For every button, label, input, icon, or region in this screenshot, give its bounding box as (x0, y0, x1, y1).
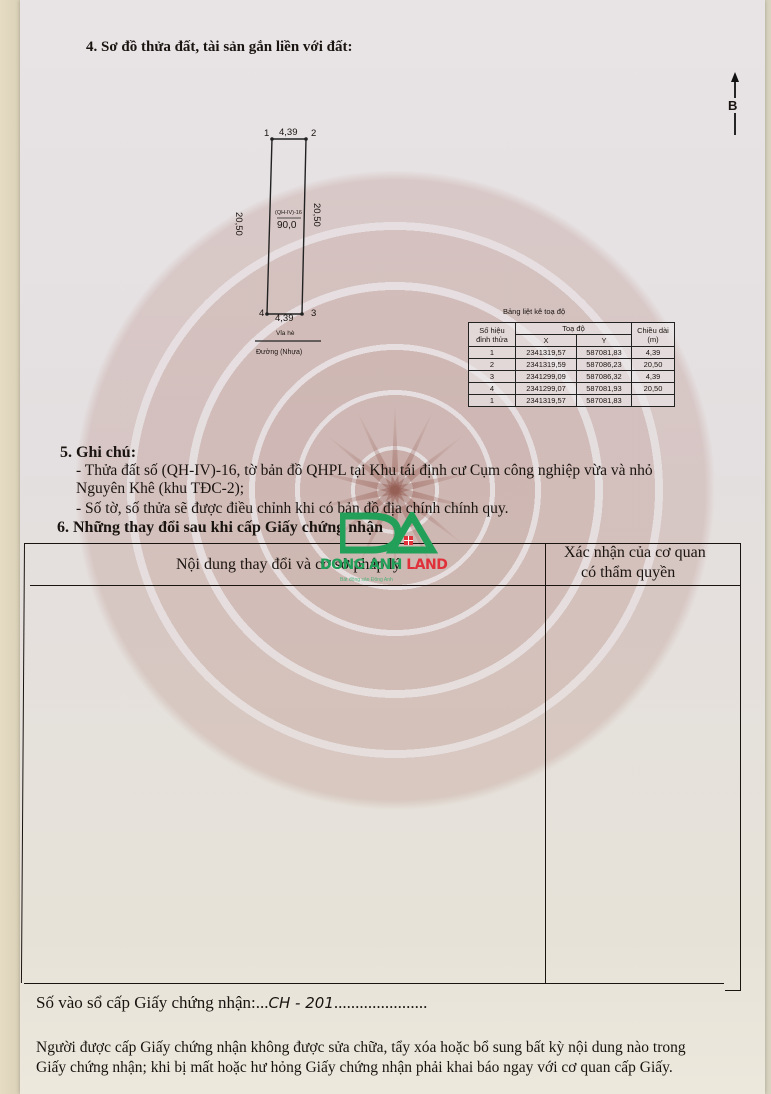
registry-label: Số vào sổ cấp Giấy chứng nhận: (36, 993, 256, 1012)
section6-title: 6. Những thay đổi sau khi cấp Giấy chứng… (57, 519, 383, 537)
changes-table-right-border (740, 543, 741, 991)
vertex-2-label: 2 (311, 128, 316, 139)
coord-cell-x: 2341319,57 (516, 395, 577, 407)
coord-cell-vertex: 4 (469, 383, 516, 395)
registry-line: Số vào sổ cấp Giấy chứng nhận:...CH - 20… (36, 993, 427, 1013)
header-coords: Toạ độ (516, 323, 632, 335)
coord-cell-length: 4,39 (632, 371, 675, 383)
coord-cell-y: 587086,32 (577, 371, 632, 383)
top-edge-length: 4,39 (279, 127, 298, 138)
coord-cell-vertex: 2 (469, 359, 516, 371)
sidewalk-label: Vỉa hè (276, 330, 294, 337)
coord-cell-vertex: 1 (469, 347, 516, 359)
coord-cell-y: 587081,83 (577, 395, 632, 407)
coord-cell-vertex: 3 (469, 371, 516, 383)
parcel-area: 90,0 (277, 220, 296, 231)
parcel-id: (QH-IV)-16 (275, 210, 302, 216)
coord-table-row: 12341319,57587081,834,39 (469, 347, 675, 359)
right-edge-length: 20,50 (311, 203, 322, 227)
coord-cell-length: 20,50 (632, 383, 675, 395)
coord-table-row: 22341319,59587086,2320,50 (469, 359, 675, 371)
coord-table-row: 32341299,09587086,324,39 (469, 371, 675, 383)
coord-cell-y: 587081,93 (577, 383, 632, 395)
header-length: Chiều dài(m) (632, 323, 675, 347)
road-label: Đường (Nhựa) (256, 349, 302, 356)
changes-table-bottom-border-end (725, 990, 740, 991)
vertex-4-label: 4 (259, 308, 264, 319)
watermark-tagline: Bất động sản Đông Anh (340, 577, 393, 583)
coord-table-row: 42341299,07587081,9320,50 (469, 383, 675, 395)
coord-cell-x: 2341319,57 (516, 347, 577, 359)
footer-line-1: Người được cấp Giấy chứng nhận không đượ… (36, 1039, 686, 1057)
coord-table-caption: Bảng liệt kê toạ độ (503, 307, 565, 316)
section5-title: 5. Ghi chú: (60, 444, 136, 462)
bottom-edge-length: 4,39 (275, 313, 294, 324)
vertex-1-label: 1 (264, 128, 269, 139)
coord-cell-length (632, 395, 675, 407)
coord-table-row: 12341319,57587081,83 (469, 395, 675, 407)
coord-cell-length: 20,50 (632, 359, 675, 371)
coord-cell-x: 2341299,09 (516, 371, 577, 383)
coord-cell-y: 587081,83 (577, 347, 632, 359)
coord-cell-length: 4,39 (632, 347, 675, 359)
vertex-3-label: 3 (311, 308, 316, 319)
changes-content-cell (30, 590, 542, 980)
watermark-brand: DONG ANH LAND (320, 557, 447, 573)
coordinate-table: Số hiệuđỉnh thửa Toạ độ Chiều dài(m) X Y… (468, 322, 675, 407)
note-1-line-1: - Thửa đất số (QH-IV)-16, tờ bản đồ QHPL… (76, 462, 653, 480)
header-vertex: Số hiệuđỉnh thửa (469, 323, 516, 347)
changes-col2-header-line2: có thẩm quyền (581, 564, 675, 582)
header-y: Y (577, 335, 632, 347)
changes-col2-header-line1: Xác nhận của cơ quan (564, 544, 706, 562)
coord-cell-y: 587086,23 (577, 359, 632, 371)
coord-cell-x: 2341299,07 (516, 383, 577, 395)
footer-line-2: Giấy chứng nhận; khi bị mất hoặc hư hỏng… (36, 1059, 673, 1077)
changes-table-bottom-border (24, 983, 724, 984)
coord-cell-vertex: 1 (469, 395, 516, 407)
changes-table-column-divider (545, 543, 546, 983)
left-edge-length: 20,50 (233, 212, 244, 236)
coord-cell-x: 2341319,59 (516, 359, 577, 371)
note-1-line-2: Nguyên Khê (khu TĐC-2); (76, 480, 244, 498)
header-x: X (516, 335, 577, 347)
registry-number: CH - 201 (269, 994, 334, 1012)
changes-confirmation-cell (550, 590, 736, 980)
